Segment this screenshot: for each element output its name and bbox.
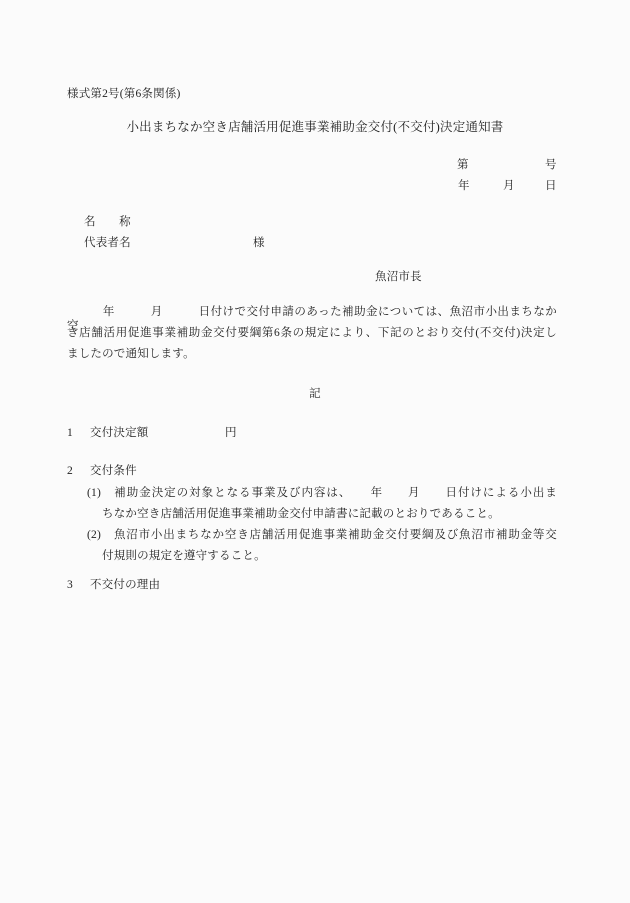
item-1-unit: 円 [225,426,237,440]
subitem-1-line-1: (1) 補助金決定の対象となる事業及び内容は、 年 月 日付けによる小出ま [87,486,557,500]
item-3-label: 不交付の理由 [90,578,160,592]
item-2-number: 2 [67,464,73,478]
representative-row: 代表者名 様 [0,236,630,250]
date-day-label: 日 [545,179,557,193]
form-label: 様式第2号(第6条関係) [67,87,181,101]
date-year-label: 年 [458,179,470,193]
item-1-number: 1 [67,426,73,440]
representative-label: 代表者名 [84,236,131,250]
doc-number-suffix: 号 [545,158,557,172]
item-3-number: 3 [67,578,73,592]
subitem-1-line-2: ちなか空き店舗活用促進事業補助金交付申請書に記載のとおりであること。 [102,507,500,521]
record-heading: 記 [0,387,630,401]
sender-name: 魚沼市長 [375,270,422,284]
honorific-label: 様 [253,236,265,250]
item-2-row: 2 交付条件 [0,464,630,478]
item-3-row: 3 不交付の理由 [0,578,630,592]
subitem-2-line-2: 付規則の規定を遵守すること。 [102,549,266,563]
date-month-label: 月 [503,179,515,193]
subitem-2-line-1: (2) 魚沼市小出まちなか空き店舗活用促進事業補助金交付要綱及び魚沼市補助金等交 [87,528,557,542]
doc-number-row: 第 号 [0,158,630,172]
item-1-label: 交付決定額 [90,426,149,440]
item-2-label: 交付条件 [90,464,137,478]
document-page: 様式第2号(第6条関係) 小出まちなか空き店舗活用促進事業補助金交付(不交付)決… [0,0,630,903]
document-title: 小出まちなか空き店舗活用促進事業補助金交付(不交付)決定通知書 [0,120,630,134]
doc-number-prefix: 第 [457,158,469,172]
body-line-3: ましたので通知します。 [67,347,195,361]
item-1-row: 1 交付決定額 円 [0,426,630,440]
body-line-2: き店舗活用促進事業補助金交付要綱第6条の規定により、下記のとおり交付(不交付)決… [67,326,557,340]
recipient-name-label: 名 称 [84,215,131,229]
date-row: 年 月 日 [0,179,630,193]
